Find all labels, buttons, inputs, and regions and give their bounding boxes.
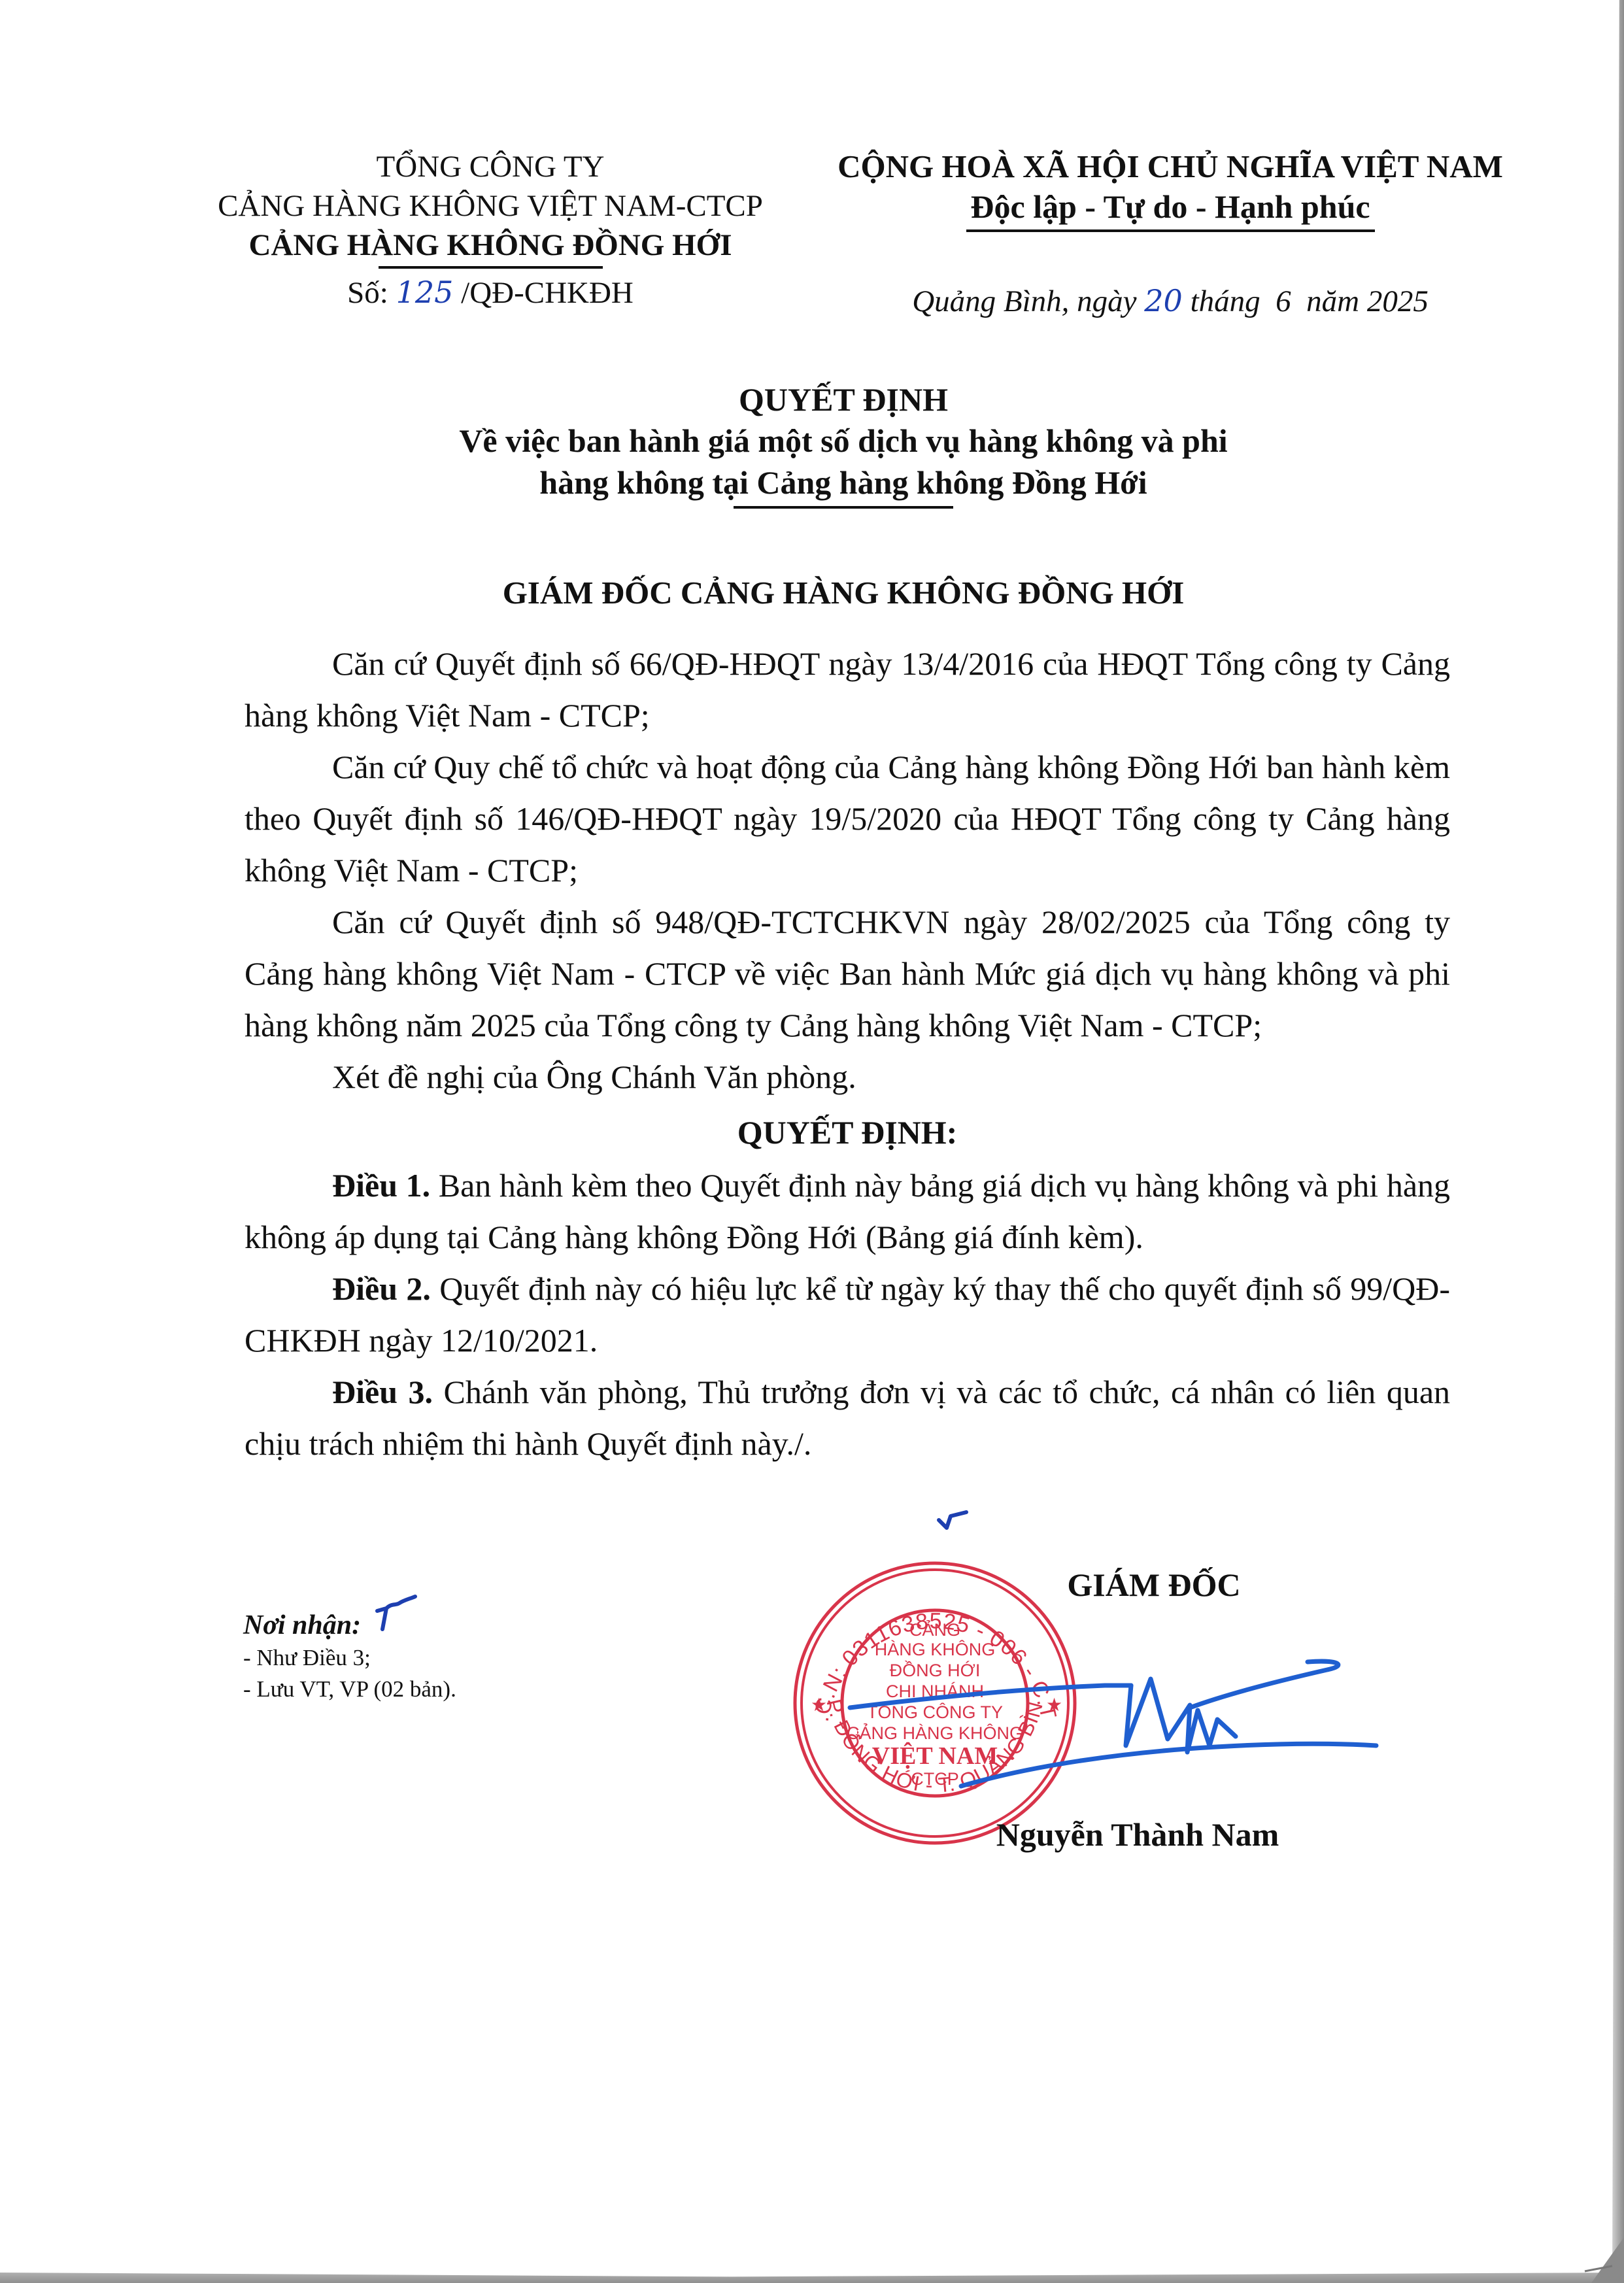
handwritten-signature bbox=[824, 1648, 1412, 1791]
document-body: Căn cứ Quyết định số 66/QĐ-HĐQT ngày 13/… bbox=[245, 638, 1450, 1470]
title-underline bbox=[734, 506, 953, 509]
doc-type: QUYẾT ĐỊNH bbox=[262, 379, 1425, 420]
recipients-label: Nơi nhận: bbox=[243, 1608, 635, 1642]
preamble-4: Xét đề nghị của Ông Chánh Văn phòng. bbox=[245, 1051, 1450, 1103]
article-1: Điều 1. Ban hành kèm theo Quyết định này… bbox=[245, 1160, 1450, 1263]
article-2-label: Điều 2. bbox=[332, 1270, 431, 1307]
unit-underline bbox=[379, 266, 603, 269]
document-number: Số: 125 /QĐ-CHKĐH bbox=[177, 273, 804, 313]
subject-line-2: hàng không tại Cảng hàng không Đồng Hới bbox=[262, 462, 1425, 503]
national-header: CỘNG HOÀ XÃ HỘI CHỦ NGHĨA VIỆT NAM Độc l… bbox=[804, 147, 1536, 232]
article-2: Điều 2. Quyết định này có hiệu lực kể từ… bbox=[245, 1263, 1450, 1366]
decide-heading: QUYẾT ĐỊNH: bbox=[245, 1107, 1450, 1158]
preamble-1: Căn cứ Quyết định số 66/QĐ-HĐQT ngày 13/… bbox=[245, 638, 1450, 741]
issuing-unit: CẢNG HÀNG KHÔNG ĐỒNG HỚI bbox=[177, 226, 804, 265]
recipients-block: Nơi nhận: - Như Điều 3; - Lưu VT, VP (02… bbox=[243, 1608, 635, 1705]
subject-line-1: Về việc ban hành giá một số dịch vụ hàng… bbox=[262, 420, 1425, 462]
signer-title: GIÁM ĐỐC bbox=[1017, 1566, 1291, 1604]
parent-org-line1: TỔNG CÔNG TY bbox=[177, 147, 804, 186]
initial-mark-icon bbox=[934, 1500, 973, 1540]
place-date-suffix: tháng 6 năm 2025 bbox=[1191, 284, 1429, 318]
article-3-label: Điều 3. bbox=[332, 1374, 433, 1410]
place-date-prefix: Quảng Bình, ngày bbox=[912, 284, 1136, 318]
number-suffix: /QĐ-CHKĐH bbox=[461, 276, 634, 310]
preamble-2: Căn cứ Quy chế tổ chức và hoạt động của … bbox=[245, 741, 1450, 896]
scan-edge-right bbox=[1612, 0, 1624, 2283]
scan-edge-bottom bbox=[0, 2273, 1624, 2283]
recipient-item: - Như Điều 3; bbox=[243, 1642, 635, 1674]
day-handwritten: 20 bbox=[1144, 283, 1183, 318]
signer-name: Nguyễn Thành Nam bbox=[941, 1816, 1334, 1853]
article-3: Điều 3. Chánh văn phòng, Thủ trưởng đơn … bbox=[245, 1366, 1450, 1470]
place-and-date: Quảng Bình, ngày 20 tháng 6 năm 2025 bbox=[843, 283, 1497, 319]
svg-text:CẢNG: CẢNG bbox=[909, 1619, 960, 1640]
national-motto: Độc lập - Tự do - Hạnh phúc bbox=[804, 186, 1536, 227]
document-title: QUYẾT ĐỊNH Về việc ban hành giá một số d… bbox=[262, 379, 1425, 509]
issuing-authority: GIÁM ĐỐC CẢNG HÀNG KHÔNG ĐỒNG HỚI bbox=[262, 574, 1425, 611]
article-1-label: Điều 1. bbox=[332, 1167, 430, 1204]
number-handwritten: 125 bbox=[396, 275, 454, 310]
motto-underline bbox=[966, 229, 1375, 232]
number-label: Số: bbox=[347, 276, 388, 310]
issuing-agency-block: TỔNG CÔNG TY CẢNG HÀNG KHÔNG VIỆT NAM-CT… bbox=[177, 147, 804, 313]
nation-name: CỘNG HOÀ XÃ HỘI CHỦ NGHĨA VIỆT NAM bbox=[804, 147, 1536, 186]
recipient-item: - Lưu VT, VP (02 bản). bbox=[243, 1674, 635, 1705]
scan-corner-fold bbox=[1572, 2231, 1624, 2283]
parent-org-line2: CẢNG HÀNG KHÔNG VIỆT NAM-CTCP bbox=[177, 186, 804, 226]
preamble-3: Căn cứ Quyết định số 948/QĐ-TCTCHKVN ngà… bbox=[245, 896, 1450, 1051]
